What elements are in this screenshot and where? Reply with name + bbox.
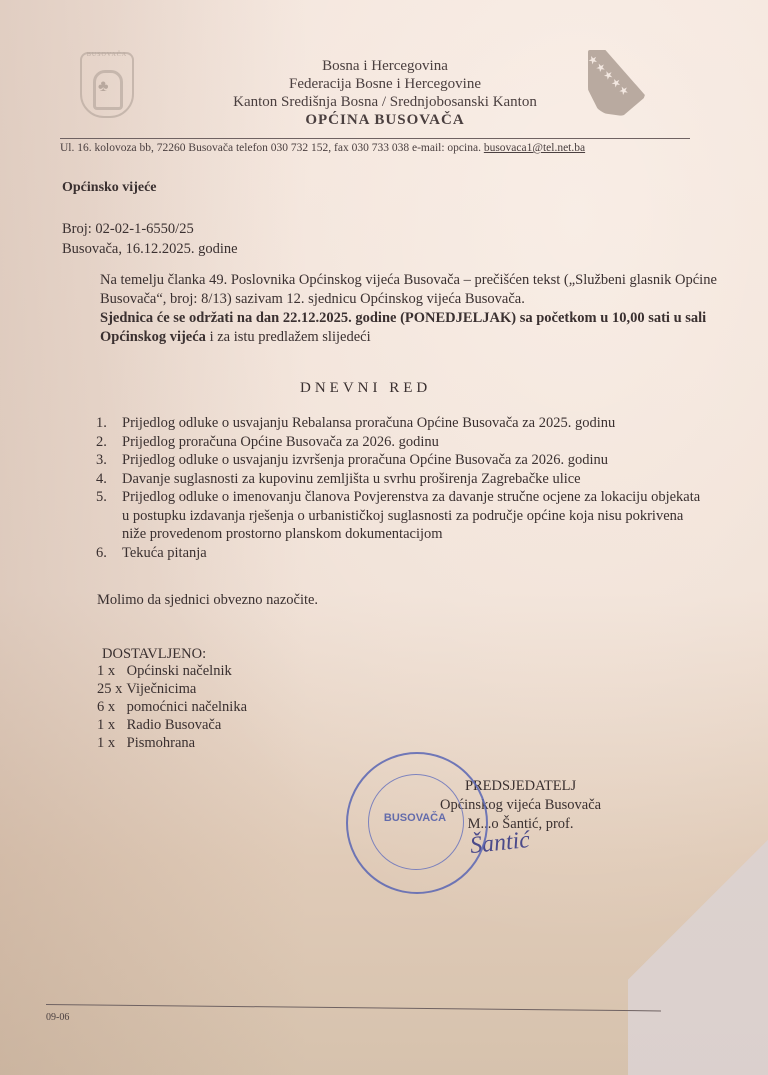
- session-details: Sjednica će se održati na dan 22.12.2025…: [100, 310, 706, 345]
- letterhead-federation: Federacija Bosne i Hercegovine: [220, 75, 550, 93]
- distribution-list: 1 x Općinski načelnik 25 x Viječnicima 6…: [97, 662, 247, 752]
- address-text: Ul. 16. kolovoza bb, 72260 Busovača tele…: [60, 142, 484, 154]
- agenda-item: 6.Tekuća pitanja: [96, 544, 706, 563]
- busovaca-coat-of-arms-icon: BUSOVAČA ♣: [80, 52, 134, 118]
- letterhead-canton: Kanton Središnja Bosna / Srednjobosanski…: [220, 93, 550, 111]
- stamp-center-text: BUSOVAČA: [348, 812, 482, 824]
- email-link[interactable]: busovaca1@tel.net.ba: [484, 142, 585, 154]
- distribution-item: 1 x Pismohrana: [97, 734, 247, 752]
- letterhead-country: Bosna i Hercegovina: [220, 57, 550, 75]
- agenda-item: 3.Prijedlog odluke o usvajanju izvršenja…: [96, 451, 706, 470]
- session-rest: i za istu predlažem slijedeći: [206, 329, 371, 345]
- agenda-item: 1.Prijedlog odluke o usvajanju Rebalansa…: [96, 414, 706, 433]
- distribution-item: 6 x pomoćnici načelnika: [97, 698, 247, 716]
- session-paragraph: Sjednica će se održati na dan 22.12.2025…: [62, 309, 722, 347]
- letterhead-municipality: OPĆINA BUSOVAČA: [220, 111, 550, 129]
- letterhead: Bosna i Hercegovina Federacija Bosne i H…: [220, 57, 550, 129]
- distribution-item: 1 x Radio Busovača: [97, 716, 247, 734]
- agenda-item: 5.Prijedlog odluke o imenovanju članova …: [96, 488, 706, 544]
- address-line: Ul. 16. kolovoza bb, 72260 Busovača tele…: [60, 142, 585, 154]
- crest-motto: BUSOVAČA: [84, 52, 130, 58]
- distribution-item: 1 x Općinski načelnik: [97, 662, 247, 680]
- distribution-title: DOSTAVLJENO:: [102, 646, 206, 663]
- header-divider: [60, 138, 690, 139]
- agenda-list: 1.Prijedlog odluke o usvajanju Rebalansa…: [96, 414, 706, 562]
- reference-number: Broj: 02-02-1-6550/25: [62, 219, 238, 239]
- clover-icon: ♣: [98, 78, 109, 96]
- reference-block: Broj: 02-02-1-6550/25 Busovača, 16.12.20…: [62, 219, 238, 259]
- intro-paragraph: Na temelju članka 49. Poslovnika Općinsk…: [62, 271, 722, 309]
- place-date: Busovača, 16.12.2025. godine: [62, 239, 238, 259]
- distribution-item: 25 x Viječnicima: [97, 680, 247, 698]
- body-text: Na temelju članka 49. Poslovnika Općinsk…: [62, 271, 722, 347]
- agenda-title: DNEVNI RED: [300, 380, 431, 397]
- sender: Općinsko vijeće: [62, 180, 157, 196]
- agenda-item: 4.Davanje suglasnosti za kupovinu zemlji…: [96, 470, 706, 489]
- agenda-item: 2.Prijedlog proračuna Općine Busovača za…: [96, 433, 706, 452]
- official-stamp: BUSOVAČA: [346, 752, 488, 894]
- closing-line: Molimo da sjednici obvezno nazočite.: [97, 592, 318, 609]
- page-fold-shadow: [628, 745, 768, 1075]
- footer-code: 09-06: [46, 1012, 69, 1023]
